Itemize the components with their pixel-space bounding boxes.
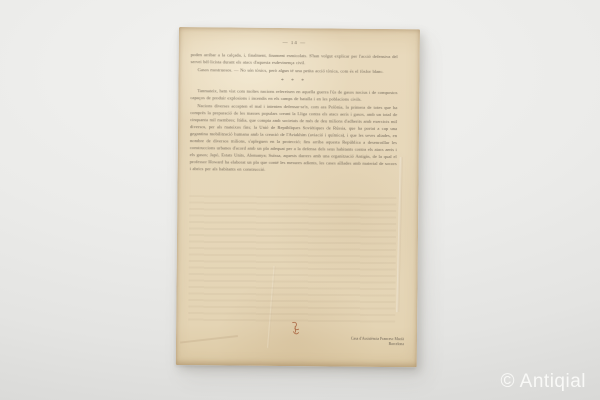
paragraph: Tanmateix, hem vist com moltes nacions r… [190, 87, 397, 103]
paper-crease-right [396, 157, 403, 312]
paper-crease-corner [180, 335, 238, 343]
product-photo-background: — 14 — poden arribar a la calçada, i, fi… [0, 0, 600, 400]
handwritten-red-mark [290, 321, 301, 336]
paragraph: poden arribar a la calçada, i, finalment… [191, 51, 398, 67]
watermark-text: © Antiqial [500, 371, 586, 393]
paragraph: Nacions diverses accepten el mal i inten… [190, 102, 398, 174]
page-number: — 14 — [191, 40, 398, 47]
printed-text-block: — 14 — poden arribar a la calçada, i, fi… [190, 40, 398, 175]
asterisk-separator: * * * [190, 77, 397, 85]
printer-imprint: Casa d'Assistència Francesc Macià Barcel… [351, 337, 404, 348]
paragraph: Gasos mostruosos. — No són tòxics, però … [191, 66, 398, 75]
imprint-line-2: Barcelona [351, 342, 404, 348]
document-page: — 14 — poden arribar a la calçada, i, fi… [176, 27, 420, 367]
reverse-text-showthrough [188, 195, 396, 325]
